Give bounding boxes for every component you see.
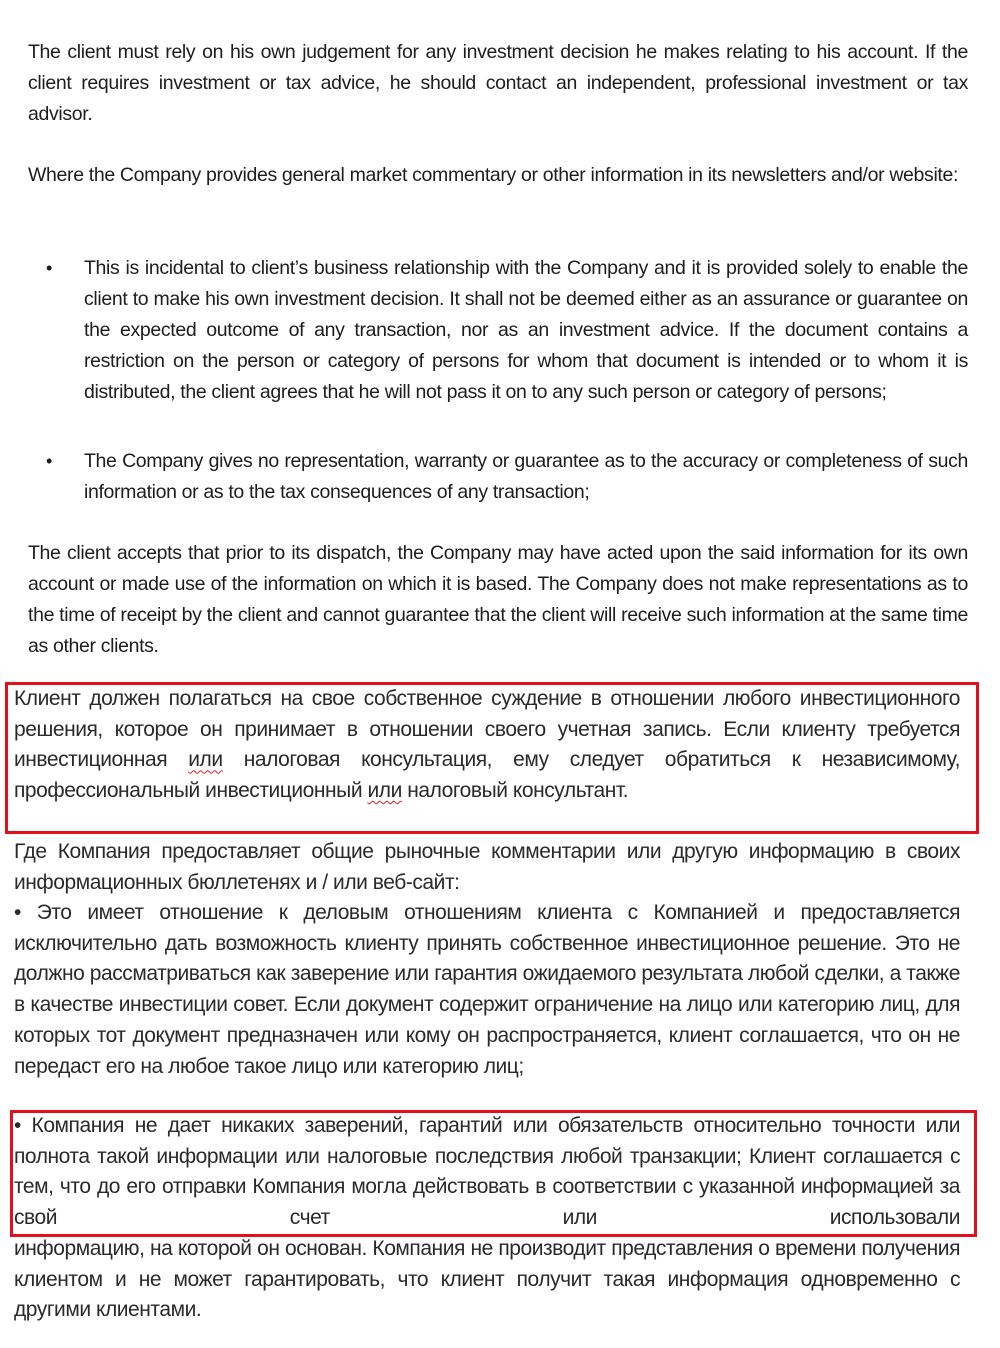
spellcheck-word[interactable]: или — [188, 748, 222, 771]
ru-bullet-incidental: • Это имеет отношение к деловым отношени… — [14, 898, 960, 1082]
ru-paragraph-dispatch: информацию, на которой он основан. Компа… — [14, 1234, 960, 1326]
en-bullet-incidental: This is incidental to client’s business … — [84, 253, 968, 408]
en-paragraph-judgement: The client must rely on his own judgemen… — [28, 37, 968, 130]
en-paragraph-market-commentary: Where the Company provides general marke… — [28, 160, 968, 191]
ru-bullet-no-representation: • Компания не дает никаких заверений, га… — [14, 1111, 960, 1234]
ru-paragraph-judgement: Клиент должен полагаться на свое собстве… — [14, 684, 960, 807]
spellcheck-word[interactable]: или — [368, 779, 402, 802]
bullet-icon: • — [46, 253, 52, 284]
bullet-icon: • — [46, 446, 52, 477]
ru-paragraph-market-commentary: Где Компания предоставляет общие рыночны… — [14, 837, 960, 898]
en-paragraph-dispatch: The client accepts that prior to its dis… — [28, 538, 968, 662]
ru-text: налоговый консультант. — [402, 779, 628, 802]
en-bullet-no-representation: The Company gives no representation, war… — [84, 446, 968, 508]
